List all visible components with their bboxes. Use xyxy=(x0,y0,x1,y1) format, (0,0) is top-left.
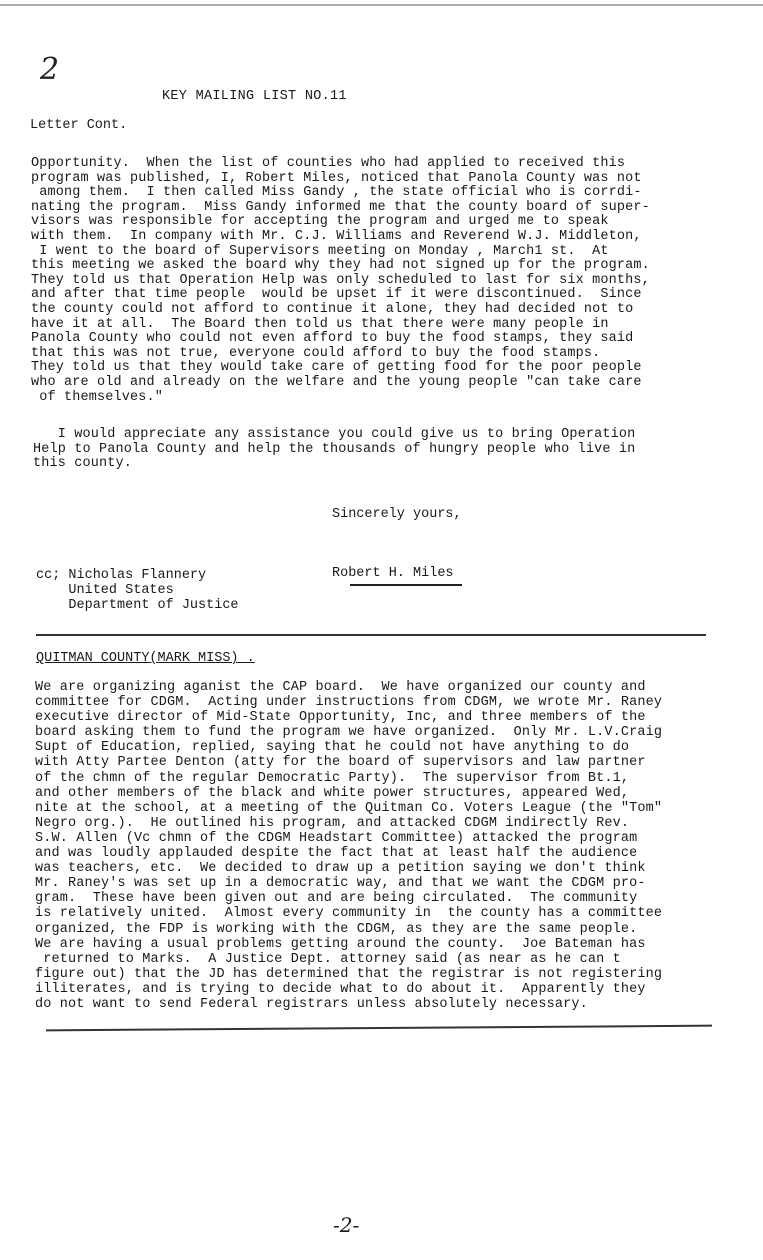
section-heading: QUITMAN COUNTY(MARK MISS) . xyxy=(36,651,255,666)
footer-page-number: -2- xyxy=(333,1213,359,1237)
bottom-divider xyxy=(46,1025,712,1032)
continuation-label: Letter Cont. xyxy=(30,118,127,133)
top-edge-line xyxy=(0,4,763,6)
letter-closing: Sincerely yours, xyxy=(332,507,462,522)
handwritten-page-mark: 2 xyxy=(40,52,59,87)
signature-name: Robert H. Miles xyxy=(332,566,454,581)
signature-underline xyxy=(350,584,462,586)
section-divider xyxy=(36,634,706,636)
cc-block: cc; Nicholas Flannery United States Depa… xyxy=(36,568,239,613)
document-page: 2 KEY MAILING LIST NO.11 Letter Cont. Op… xyxy=(0,0,763,1260)
closing-paragraph: I would appreciate any assistance you co… xyxy=(33,428,635,472)
letter-body: Opportunity. When the list of counties w… xyxy=(31,157,650,405)
document-title: KEY MAILING LIST NO.11 xyxy=(162,89,347,104)
section-body: We are organizing aganist the CAP board.… xyxy=(35,680,662,1012)
